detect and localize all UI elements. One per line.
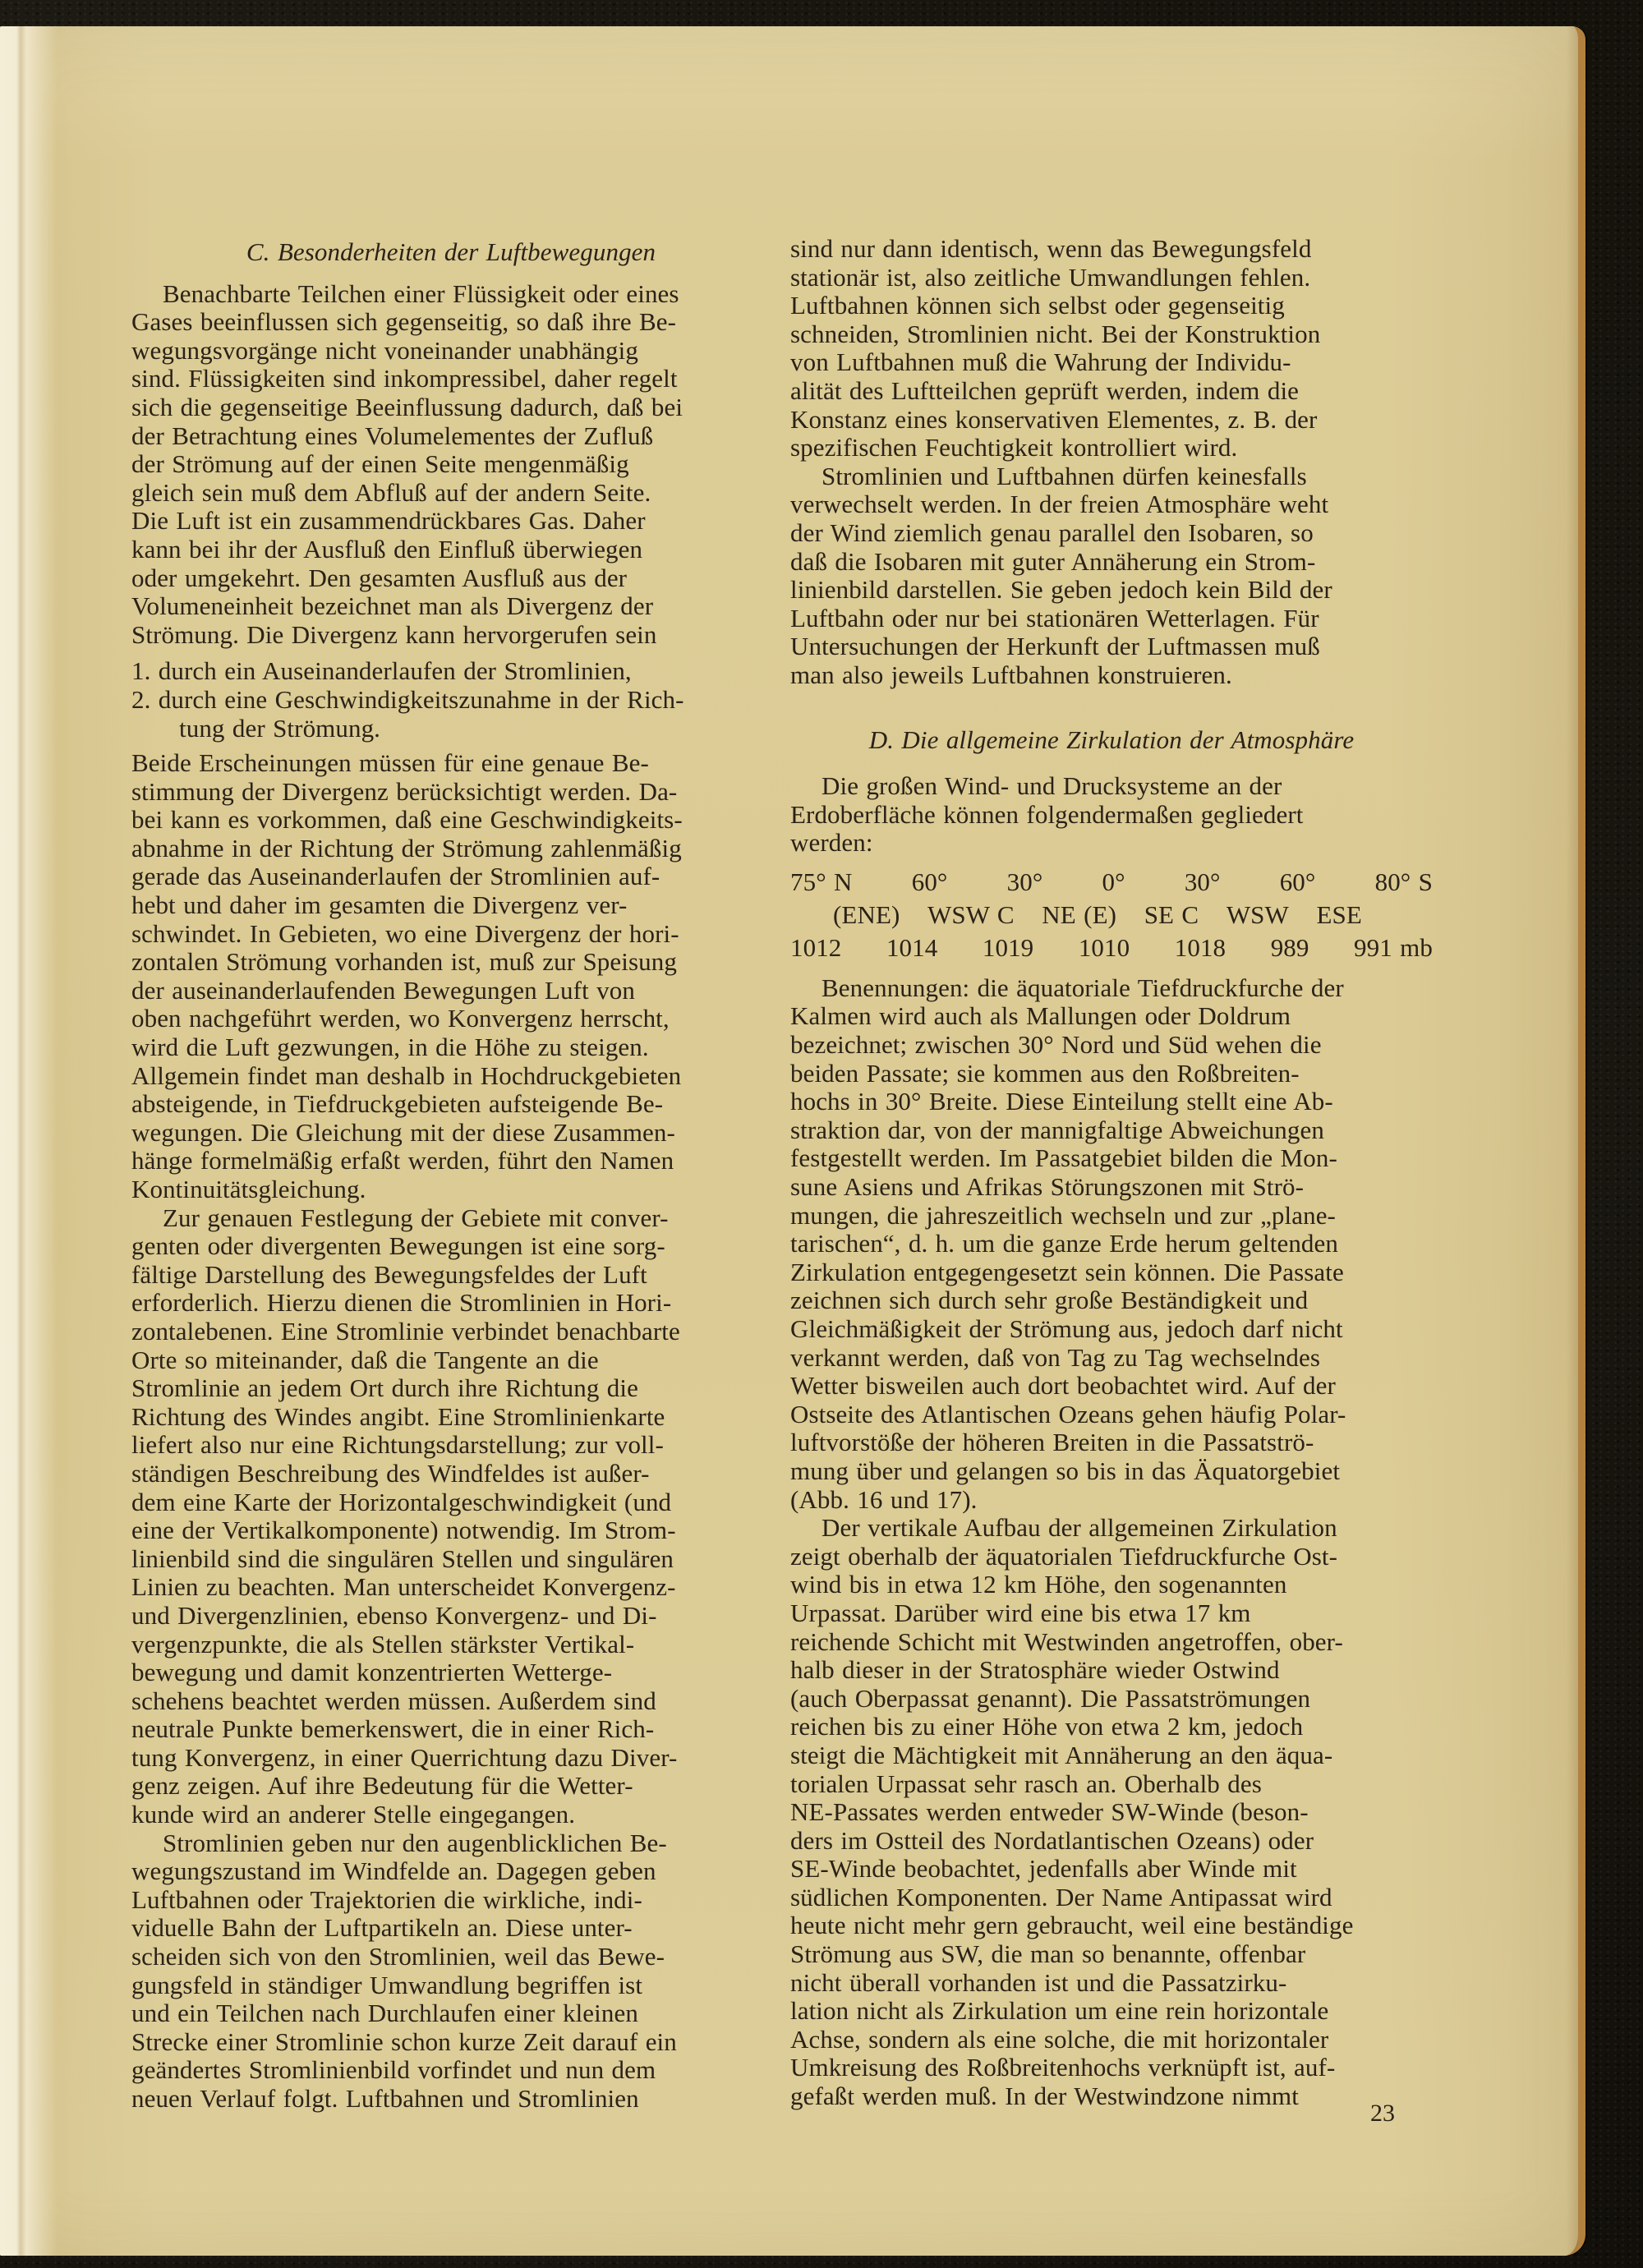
latitude-pressure-table: 75° N 60° 30° 0° 30° 60° 80° S (ENE) WSW… (790, 866, 1433, 964)
table-cell: 1019 (983, 932, 1033, 964)
divergence-causes-list: 1. durch ein Auseinanderlaufen der Strom… (131, 657, 771, 743)
table-cell: 80° S (1375, 866, 1433, 899)
paragraph-divergence-intro: Benachbarte Teilchen einer Flüssigkeit o… (131, 280, 771, 650)
table-cell: 1014 (886, 932, 937, 964)
table-row-latitudes: 75° N 60° 30° 0° 30° 60° 80° S (790, 866, 1433, 899)
table-cell: (ENE) (833, 899, 900, 932)
book-page: C. Besonderheiten der Luftbewegungen Ben… (0, 26, 1585, 2256)
section-heading-c-besonderheiten: C. Besonderheiten der Luftbewegungen (131, 238, 771, 267)
table-cell: WSW (1226, 899, 1289, 932)
page-number: 23 (1370, 2100, 1395, 2128)
table-cell: 60° (912, 866, 948, 899)
paragraph-trajectories: Stromlinien geben nur den augenblicklich… (131, 1829, 771, 2114)
paragraph-streamlines: Zur genauen Festlegung der Gebiete mit c… (131, 1204, 771, 1829)
right-column: sind nur dann identisch, wenn das Bewegu… (790, 235, 1433, 2111)
list-item-1: 1. durch ein Auseinanderlaufen der Strom… (131, 657, 771, 686)
table-cell: WSW C (927, 899, 1015, 932)
list-item-2: 2. durch eine Geschwindigkeitszunahme in… (131, 686, 771, 743)
paragraph-continuity-equation: Beide Erscheinungen müssen für eine gena… (131, 749, 771, 1204)
table-cell: 989 (1271, 932, 1309, 964)
table-cell: SE C (1144, 899, 1199, 932)
paragraph-trajectories-continued: sind nur dann identisch, wenn das Bewegu… (790, 235, 1433, 462)
table-cell: 60° (1280, 866, 1316, 899)
table-cell: ESE (1317, 899, 1362, 932)
table-cell: 991 mb (1354, 932, 1433, 964)
left-column: C. Besonderheiten der Luftbewegungen Ben… (131, 235, 771, 2114)
table-row-pressures: 1012 1014 1019 1010 1018 989 991 mb (790, 932, 1433, 964)
paragraph-isobars: Stromlinien und Luftbahnen dürfen keines… (790, 462, 1433, 690)
table-cell: 30° (1007, 866, 1043, 899)
paragraph-benennungen: Benennungen: die äquatoriale Tiefdruckfu… (790, 974, 1433, 1514)
table-cell: 0° (1102, 866, 1125, 899)
table-cell: 1012 (790, 932, 841, 964)
paragraph-vertikaler-aufbau: Der vertikale Aufbau der allgemeinen Zir… (790, 1514, 1433, 2110)
table-cell: NE (E) (1042, 899, 1116, 932)
table-cell: 75° N (790, 866, 853, 899)
scanned-book-photo: { "document": { "kind": "scanned book pa… (0, 0, 1643, 2268)
section-heading-d-zirkulation: D. Die allgemeine Zirkulation der Atmosp… (790, 726, 1433, 755)
table-cell: 1010 (1079, 932, 1130, 964)
paragraph-pressure-systems-intro: Die großen Wind- und Drucksysteme an der… (790, 772, 1433, 858)
table-row-wind-directions: (ENE) WSW C NE (E) SE C WSW ESE (790, 899, 1433, 932)
table-cell: 30° (1185, 866, 1221, 899)
table-cell: 1018 (1175, 932, 1226, 964)
